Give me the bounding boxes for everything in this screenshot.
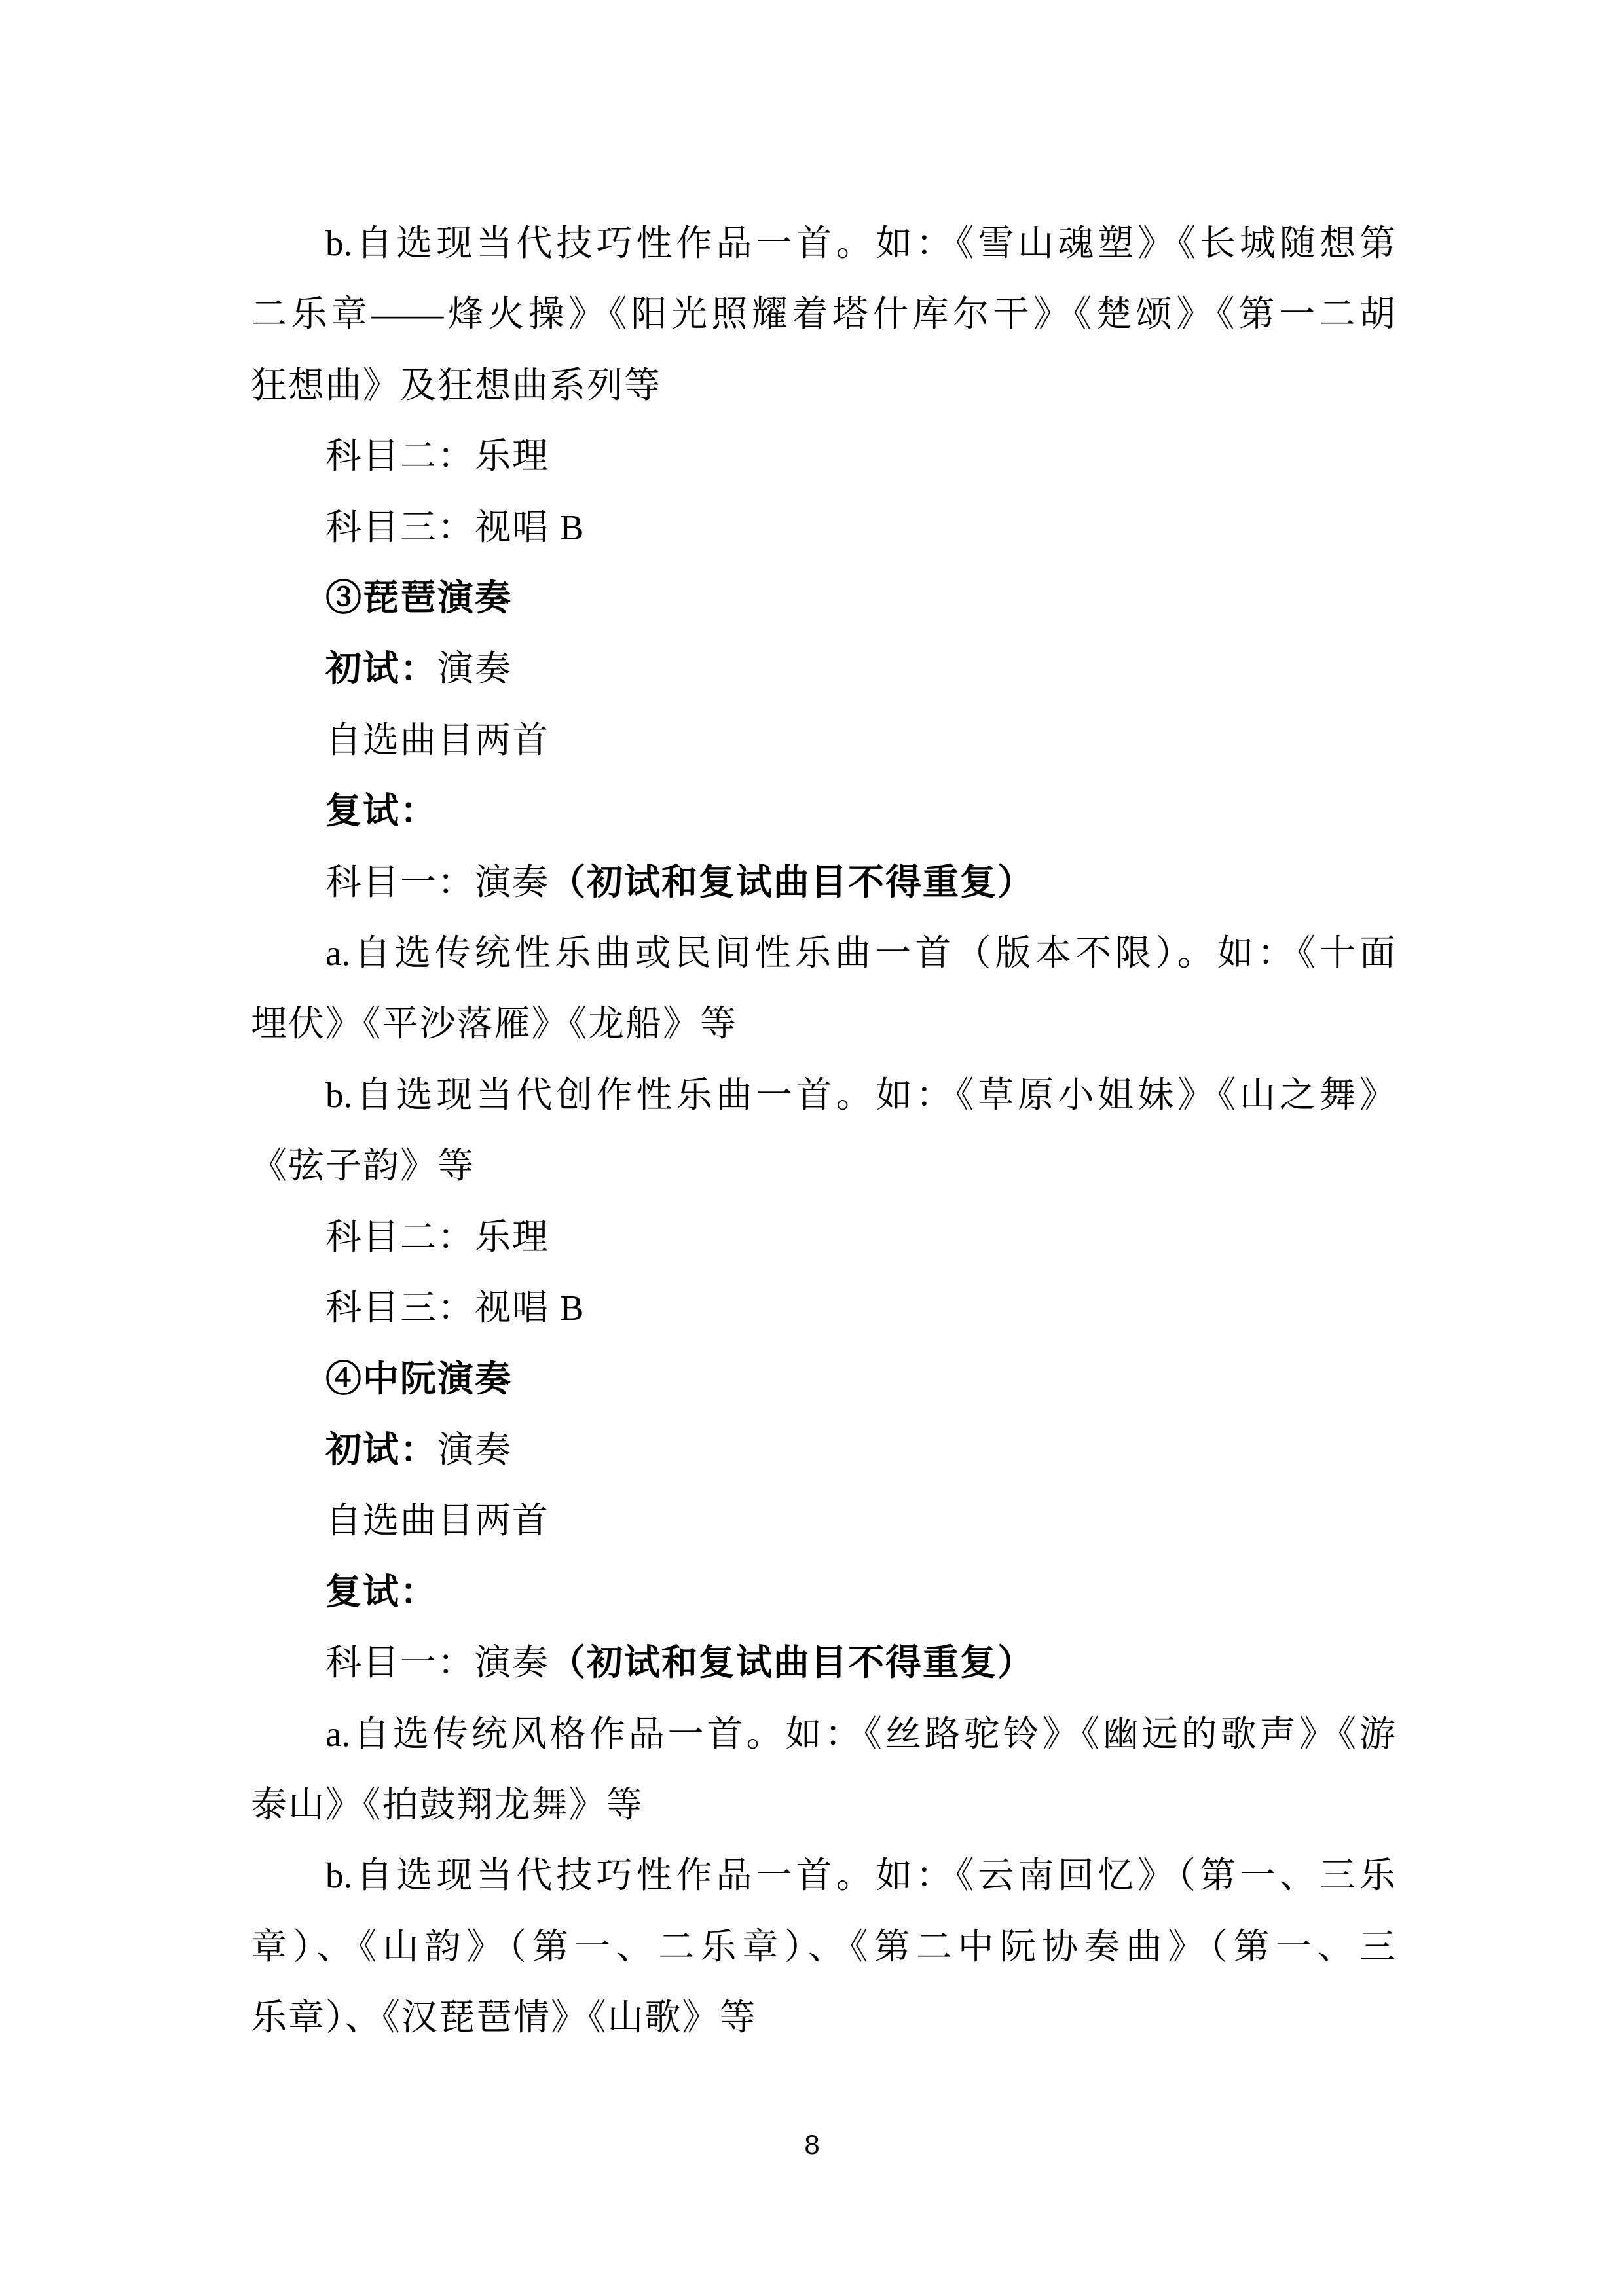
text-segment: b.自选现当代技巧性作品一首。如：《云南回忆》（第一、三乐 xyxy=(325,1855,1395,1895)
text-segment: 二乐章——烽火操》《阳光照耀着塔什库尔干》《楚颂》《第一二胡 xyxy=(251,294,1395,334)
text-line: 复试： xyxy=(251,1557,1395,1628)
text-segment: b.自选现当代技巧性作品一首。如：《雪山魂塑》《长城随想第 xyxy=(325,223,1395,263)
text-segment: 演奏 xyxy=(437,1430,512,1470)
text-line: a.自选传统风格作品一首。如：《丝路驼铃》《幽远的歌声》《游 xyxy=(251,1699,1395,1770)
text-line: 埋伏》《平沙落雁》《龙船》等 xyxy=(251,989,1395,1059)
bold-text-segment: 复试： xyxy=(325,1572,437,1612)
text-segment: 泰山》《拍鼓翔龙舞》等 xyxy=(251,1785,644,1825)
document-body: b.自选现当代技巧性作品一首。如：《雪山魂塑》《长城随想第二乐章——烽火操》《阳… xyxy=(251,208,1395,2054)
text-line: b.自选现当代技巧性作品一首。如：《云南回忆》（第一、三乐 xyxy=(251,1840,1395,1911)
text-line: 乐章）、《汉琵琶情》《山歌》等 xyxy=(251,1982,1395,2053)
text-segment: 乐章）、《汉琵琶情》《山歌》等 xyxy=(251,1997,757,2037)
text-line: 科目三：视唱 B xyxy=(251,492,1395,563)
text-segment: 章）、《山韵》（第一、二乐章）、《第二中阮协奏曲》（第一、三 xyxy=(251,1927,1395,1967)
bold-text-segment: （初试和复试曲目不得重复） xyxy=(549,862,1035,902)
bold-text-segment: ③琵琶演奏 xyxy=(325,578,512,618)
text-segment: 科目二：乐理 xyxy=(325,1217,549,1257)
text-segment: 埋伏》《平沙落雁》《龙船》等 xyxy=(251,1004,737,1044)
page-number: 8 xyxy=(804,2129,819,2160)
text-line: a.自选传统性乐曲或民间性乐曲一首（版本不限）。如：《十面 xyxy=(251,918,1395,989)
text-line: 科目一：演奏（初试和复试曲目不得重复） xyxy=(251,847,1395,918)
text-segment: 科目二：乐理 xyxy=(325,436,549,476)
text-line: b.自选现当代技巧性作品一首。如：《雪山魂塑》《长城随想第 xyxy=(251,208,1395,279)
text-segment: 狂想曲》及狂想曲系列等 xyxy=(251,365,661,405)
bold-text-segment: 复试： xyxy=(325,791,437,831)
text-segment: 科目三：视唱 B xyxy=(325,507,585,547)
text-segment: b.自选现当代创作性乐曲一首。如：《草原小姐妹》《山之舞》 xyxy=(325,1075,1395,1115)
text-line: 二乐章——烽火操》《阳光照耀着塔什库尔干》《楚颂》《第一二胡 xyxy=(251,279,1395,350)
text-line: ④中阮演奏 xyxy=(251,1344,1395,1415)
text-line: 泰山》《拍鼓翔龙舞》等 xyxy=(251,1770,1395,1840)
text-segment: a.自选传统风格作品一首。如：《丝路驼铃》《幽远的歌声》《游 xyxy=(325,1714,1395,1754)
text-line: 《弦子韵》等 xyxy=(251,1131,1395,1201)
text-line: 科目三：视唱 B xyxy=(251,1273,1395,1343)
text-segment: 《弦子韵》等 xyxy=(251,1146,475,1186)
text-segment: 科目三：视唱 B xyxy=(325,1288,585,1328)
text-line: 科目二：乐理 xyxy=(251,421,1395,492)
text-line: 初试：演奏 xyxy=(251,1415,1395,1485)
page-footer: 8 xyxy=(0,2129,1624,2160)
bold-text-segment: 初试： xyxy=(325,649,437,689)
text-line: 初试：演奏 xyxy=(251,634,1395,704)
text-line: 自选曲目两首 xyxy=(251,1485,1395,1556)
text-line: 章）、《山韵》（第一、二乐章）、《第二中阮协奏曲》（第一、三 xyxy=(251,1912,1395,1982)
text-line: ③琵琶演奏 xyxy=(251,563,1395,634)
text-line: b.自选现当代创作性乐曲一首。如：《草原小姐妹》《山之舞》 xyxy=(251,1060,1395,1131)
text-segment: 科目一：演奏 xyxy=(325,1643,549,1683)
text-segment: 自选曲目两首 xyxy=(325,1501,549,1540)
text-segment: a.自选传统性乐曲或民间性乐曲一首（版本不限）。如：《十面 xyxy=(325,933,1395,973)
text-line: 科目一：演奏（初试和复试曲目不得重复） xyxy=(251,1628,1395,1698)
text-segment: 科目一：演奏 xyxy=(325,862,549,902)
bold-text-segment: ④中阮演奏 xyxy=(325,1359,512,1399)
text-line: 复试： xyxy=(251,776,1395,847)
text-line: 狂想曲》及狂想曲系列等 xyxy=(251,350,1395,421)
bold-text-segment: 初试： xyxy=(325,1430,437,1470)
text-line: 科目二：乐理 xyxy=(251,1202,1395,1273)
document-page: b.自选现当代技巧性作品一首。如：《雪山魂塑》《长城随想第二乐章——烽火操》《阳… xyxy=(0,0,1624,2296)
text-line: 自选曲目两首 xyxy=(251,705,1395,776)
text-segment: 演奏 xyxy=(437,649,512,689)
text-segment: 自选曲目两首 xyxy=(325,720,549,760)
bold-text-segment: （初试和复试曲目不得重复） xyxy=(549,1643,1035,1683)
